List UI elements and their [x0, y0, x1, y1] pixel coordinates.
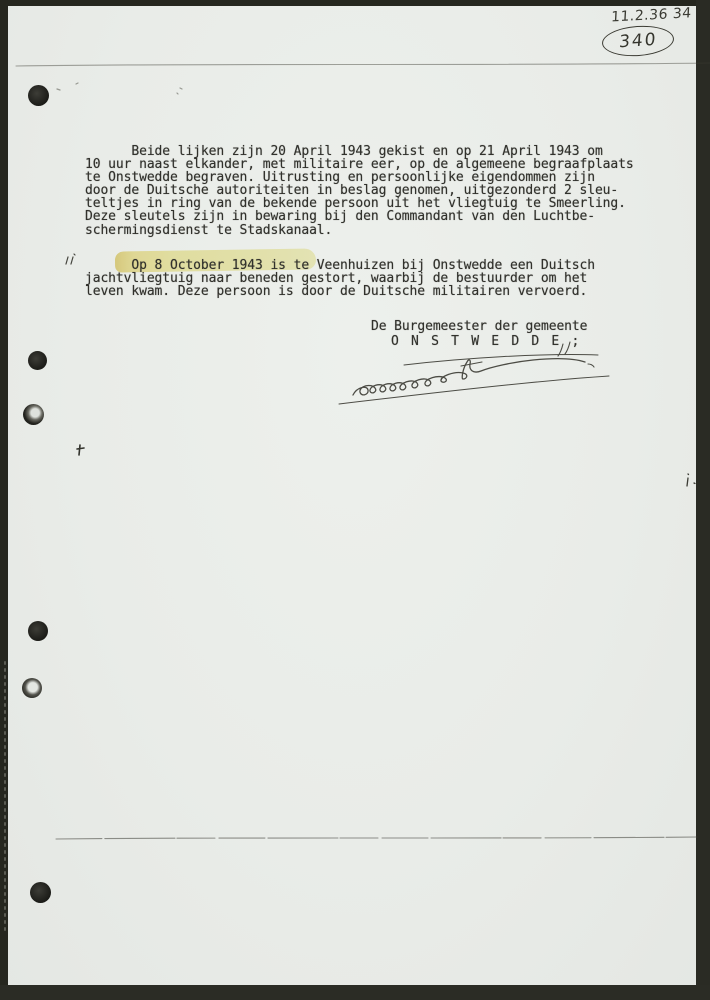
- scan-line-middle: [56, 837, 697, 839]
- text-line: Deze sleutels zijn in bewaring bij den C…: [85, 210, 634, 223]
- scan-edge-bottom: [0, 985, 710, 1000]
- scan-edge-right: [696, 0, 710, 1000]
- text-line: leven kwam. Deze persoon is door de Duit…: [85, 285, 595, 298]
- stray-mark: [77, 445, 84, 455]
- stray-mark: [687, 474, 695, 486]
- punch-hole-faint: [22, 678, 42, 698]
- punch-hole: [30, 882, 51, 903]
- specks: [57, 83, 182, 94]
- stray-mark: [66, 254, 75, 264]
- page-number-circle: 340: [601, 24, 675, 59]
- punch-hole: [28, 621, 48, 641]
- scan-edge-top: [0, 0, 710, 6]
- scan-edge-left: [0, 0, 8, 1000]
- handwritten-archive-code: 11.2.36 34: [611, 4, 707, 25]
- page-number: 340: [618, 30, 658, 53]
- text-line: schermingsdienst te Stadskanaal.: [85, 224, 634, 237]
- paragraph-2: Op 8 October 1943 is te Veenhuizen bij O…: [85, 259, 595, 298]
- punch-hole-faint: [23, 404, 44, 425]
- scan-line-top: [16, 63, 710, 66]
- punch-hole: [28, 351, 47, 370]
- signature-municipality: O N S T W E D D E ;: [391, 335, 582, 348]
- paragraph-1: Beide lijken zijn 20 April 1943 gekist e…: [85, 145, 634, 237]
- signature-role-line: De Burgemeester der gemeente: [371, 320, 587, 333]
- scanned-page: 11.2.36 34 340 Beide lijken zijn 20 Apri…: [0, 0, 710, 1000]
- punch-hole: [28, 85, 49, 106]
- signature-scrawl: [333, 338, 623, 413]
